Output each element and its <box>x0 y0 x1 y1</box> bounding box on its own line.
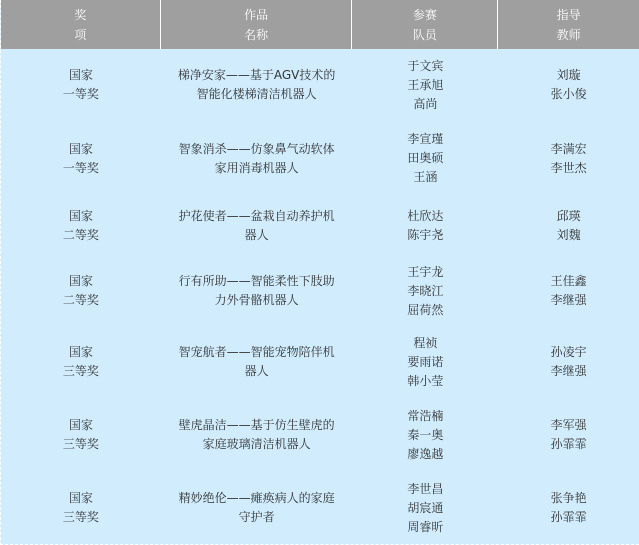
award-cell: 国家 二等奖 <box>1 272 161 310</box>
work-line: 器人 <box>245 362 269 381</box>
award-line: 三等奖 <box>63 362 99 381</box>
members-cell: 于文宾 王承旭 高尚 <box>352 57 498 114</box>
advisor-name: 李军强 <box>551 416 587 435</box>
award-line: 国家 <box>69 272 93 291</box>
members-cell: 杜欣达 陈宇尧 <box>352 207 498 245</box>
award-line: 三等奖 <box>63 435 99 454</box>
header-work-line1: 作品 <box>244 5 268 25</box>
table-row: 国家 一等奖 智象消杀——仿象鼻气动软体 家用消毒机器人 李宣瑾 田奥硕 王涵 … <box>1 121 639 196</box>
member-name: 要雨诺 <box>407 353 443 372</box>
award-line: 三等奖 <box>63 508 99 527</box>
member-name: 杜欣达 <box>407 207 443 226</box>
advisors-cell: 刘璇 张小俊 <box>498 66 639 104</box>
work-line: 器人 <box>245 226 269 245</box>
header-award: 奖 项 <box>1 0 161 49</box>
work-cell: 智宠航者——智能宠物陪伴机 器人 <box>161 343 353 381</box>
award-cell: 国家 一等奖 <box>1 140 161 178</box>
advisor-name: 张小俊 <box>551 85 587 104</box>
award-line: 一等奖 <box>63 159 99 178</box>
award-line: 国家 <box>69 66 93 85</box>
table-row: 国家 三等奖 壁虎晶洁——基于仿生壁虎的 家庭玻璃清洁机器人 常浩楠 秦一奥 廖… <box>1 398 639 472</box>
member-name: 秦一奥 <box>407 426 443 445</box>
advisor-name: 孙霏霏 <box>551 508 587 527</box>
header-members-line2: 队员 <box>413 25 437 45</box>
work-line: 梯净安家——基于AGV技术的 <box>178 66 336 85</box>
advisors-cell: 孙凌宇 李继强 <box>498 343 639 381</box>
award-line: 国家 <box>69 207 93 226</box>
table-row: 国家 一等奖 梯净安家——基于AGV技术的 智能化楼梯清洁机器人 于文宾 王承旭… <box>1 49 639 121</box>
work-line: 智象消杀——仿象鼻气动软体 <box>179 140 335 159</box>
award-line: 国家 <box>69 140 93 159</box>
header-members-line1: 参赛 <box>413 5 437 25</box>
advisor-name: 张争艳 <box>551 489 587 508</box>
work-cell: 壁虎晶洁——基于仿生壁虎的 家庭玻璃清洁机器人 <box>161 416 353 454</box>
members-cell: 李宣瑾 田奥硕 王涵 <box>352 130 498 187</box>
work-cell: 护花使者——盆栽自动养护机 器人 <box>161 207 353 245</box>
member-name: 李宣瑾 <box>407 130 443 149</box>
member-name: 程祯 <box>413 334 437 353</box>
work-line: 行有所助——智能柔性下肢助 <box>179 272 335 291</box>
header-award-line1: 奖 <box>74 5 86 25</box>
member-name: 李世昌 <box>407 480 443 499</box>
work-line: 智能化楼梯清洁机器人 <box>197 85 317 104</box>
members-cell: 李世昌 胡宸通 周睿昕 <box>352 480 498 537</box>
advisor-name: 孙凌宇 <box>551 343 587 362</box>
advisors-cell: 邱瑛 刘魏 <box>498 207 639 245</box>
header-advisors: 指导 教师 <box>498 0 639 49</box>
members-cell: 程祯 要雨诺 韩小莹 <box>352 334 498 391</box>
advisors-cell: 王佳鑫 李继强 <box>498 272 639 310</box>
award-cell: 国家 三等奖 <box>1 416 161 454</box>
work-line: 家庭玻璃清洁机器人 <box>203 435 311 454</box>
member-name: 高尚 <box>413 95 437 114</box>
advisor-name: 李满宏 <box>551 140 587 159</box>
award-cell: 国家 三等奖 <box>1 343 161 381</box>
table-row: 国家 二等奖 护花使者——盆栽自动养护机 器人 杜欣达 陈宇尧 邱瑛 刘魏 <box>1 196 639 256</box>
work-line: 壁虎晶洁——基于仿生壁虎的 <box>179 416 335 435</box>
advisor-name: 刘璇 <box>557 66 581 85</box>
work-line: 守护者 <box>239 508 275 527</box>
member-name: 王宇龙 <box>407 263 443 282</box>
member-name: 屈荷然 <box>407 301 443 320</box>
table-row: 国家 二等奖 行有所助——智能柔性下肢助 力外骨骼机器人 王宇龙 李晓江 屈荷然… <box>1 256 639 326</box>
header-award-line2: 项 <box>74 25 86 45</box>
table-row: 国家 三等奖 智宠航者——智能宠物陪伴机 器人 程祯 要雨诺 韩小莹 孙凌宇 李… <box>1 326 639 398</box>
member-name: 周睿昕 <box>407 518 443 537</box>
advisors-cell: 李军强 孙霏霏 <box>498 416 639 454</box>
awards-table: 奖 项 作品 名称 参赛 队员 指导 教师 国家 一等奖 梯净安家——基于AGV… <box>0 0 639 545</box>
award-line: 一等奖 <box>63 85 99 104</box>
member-name: 陈宇尧 <box>407 226 443 245</box>
work-line: 家用消毒机器人 <box>215 159 299 178</box>
work-line: 精妙绝伦——瘫痪病人的家庭 <box>179 489 335 508</box>
header-advisors-line1: 指导 <box>557 5 581 25</box>
member-name: 王涵 <box>413 168 437 187</box>
work-cell: 智象消杀——仿象鼻气动软体 家用消毒机器人 <box>161 140 353 178</box>
member-name: 李晓江 <box>407 282 443 301</box>
work-cell: 行有所助——智能柔性下肢助 力外骨骼机器人 <box>161 272 353 310</box>
work-line: 智宠航者——智能宠物陪伴机 <box>179 343 335 362</box>
member-name: 于文宾 <box>407 57 443 76</box>
member-name: 胡宸通 <box>407 499 443 518</box>
advisor-name: 刘魏 <box>557 226 581 245</box>
work-line: 护花使者——盆栽自动养护机 <box>179 207 335 226</box>
advisor-name: 邱瑛 <box>557 207 581 226</box>
header-work-line2: 名称 <box>244 25 268 45</box>
members-cell: 王宇龙 李晓江 屈荷然 <box>352 263 498 320</box>
award-line: 国家 <box>69 416 93 435</box>
advisor-name: 李继强 <box>551 362 587 381</box>
member-name: 王承旭 <box>407 76 443 95</box>
award-line: 国家 <box>69 489 93 508</box>
work-cell: 梯净安家——基于AGV技术的 智能化楼梯清洁机器人 <box>161 66 353 104</box>
award-cell: 国家 一等奖 <box>1 66 161 104</box>
award-cell: 国家 二等奖 <box>1 207 161 245</box>
award-line: 二等奖 <box>63 226 99 245</box>
advisors-cell: 张争艳 孙霏霏 <box>498 489 639 527</box>
work-cell: 精妙绝伦——瘫痪病人的家庭 守护者 <box>161 489 353 527</box>
header-advisors-line2: 教师 <box>557 25 581 45</box>
advisor-name: 李世杰 <box>551 159 587 178</box>
award-cell: 国家 三等奖 <box>1 489 161 527</box>
member-name: 韩小莹 <box>407 372 443 391</box>
advisor-name: 孙霏霏 <box>551 435 587 454</box>
award-line: 国家 <box>69 343 93 362</box>
award-line: 二等奖 <box>63 291 99 310</box>
advisors-cell: 李满宏 李世杰 <box>498 140 639 178</box>
member-name: 田奥硕 <box>407 149 443 168</box>
work-line: 力外骨骼机器人 <box>215 291 299 310</box>
member-name: 廖逸越 <box>407 445 443 464</box>
header-work: 作品 名称 <box>161 0 353 49</box>
advisor-name: 李继强 <box>551 291 587 310</box>
header-members: 参赛 队员 <box>352 0 498 49</box>
table-header: 奖 项 作品 名称 参赛 队员 指导 教师 <box>1 0 639 49</box>
advisor-name: 王佳鑫 <box>551 272 587 291</box>
members-cell: 常浩楠 秦一奥 廖逸越 <box>352 407 498 464</box>
table-row: 国家 三等奖 精妙绝伦——瘫痪病人的家庭 守护者 李世昌 胡宸通 周睿昕 张争艳… <box>1 472 639 544</box>
member-name: 常浩楠 <box>407 407 443 426</box>
